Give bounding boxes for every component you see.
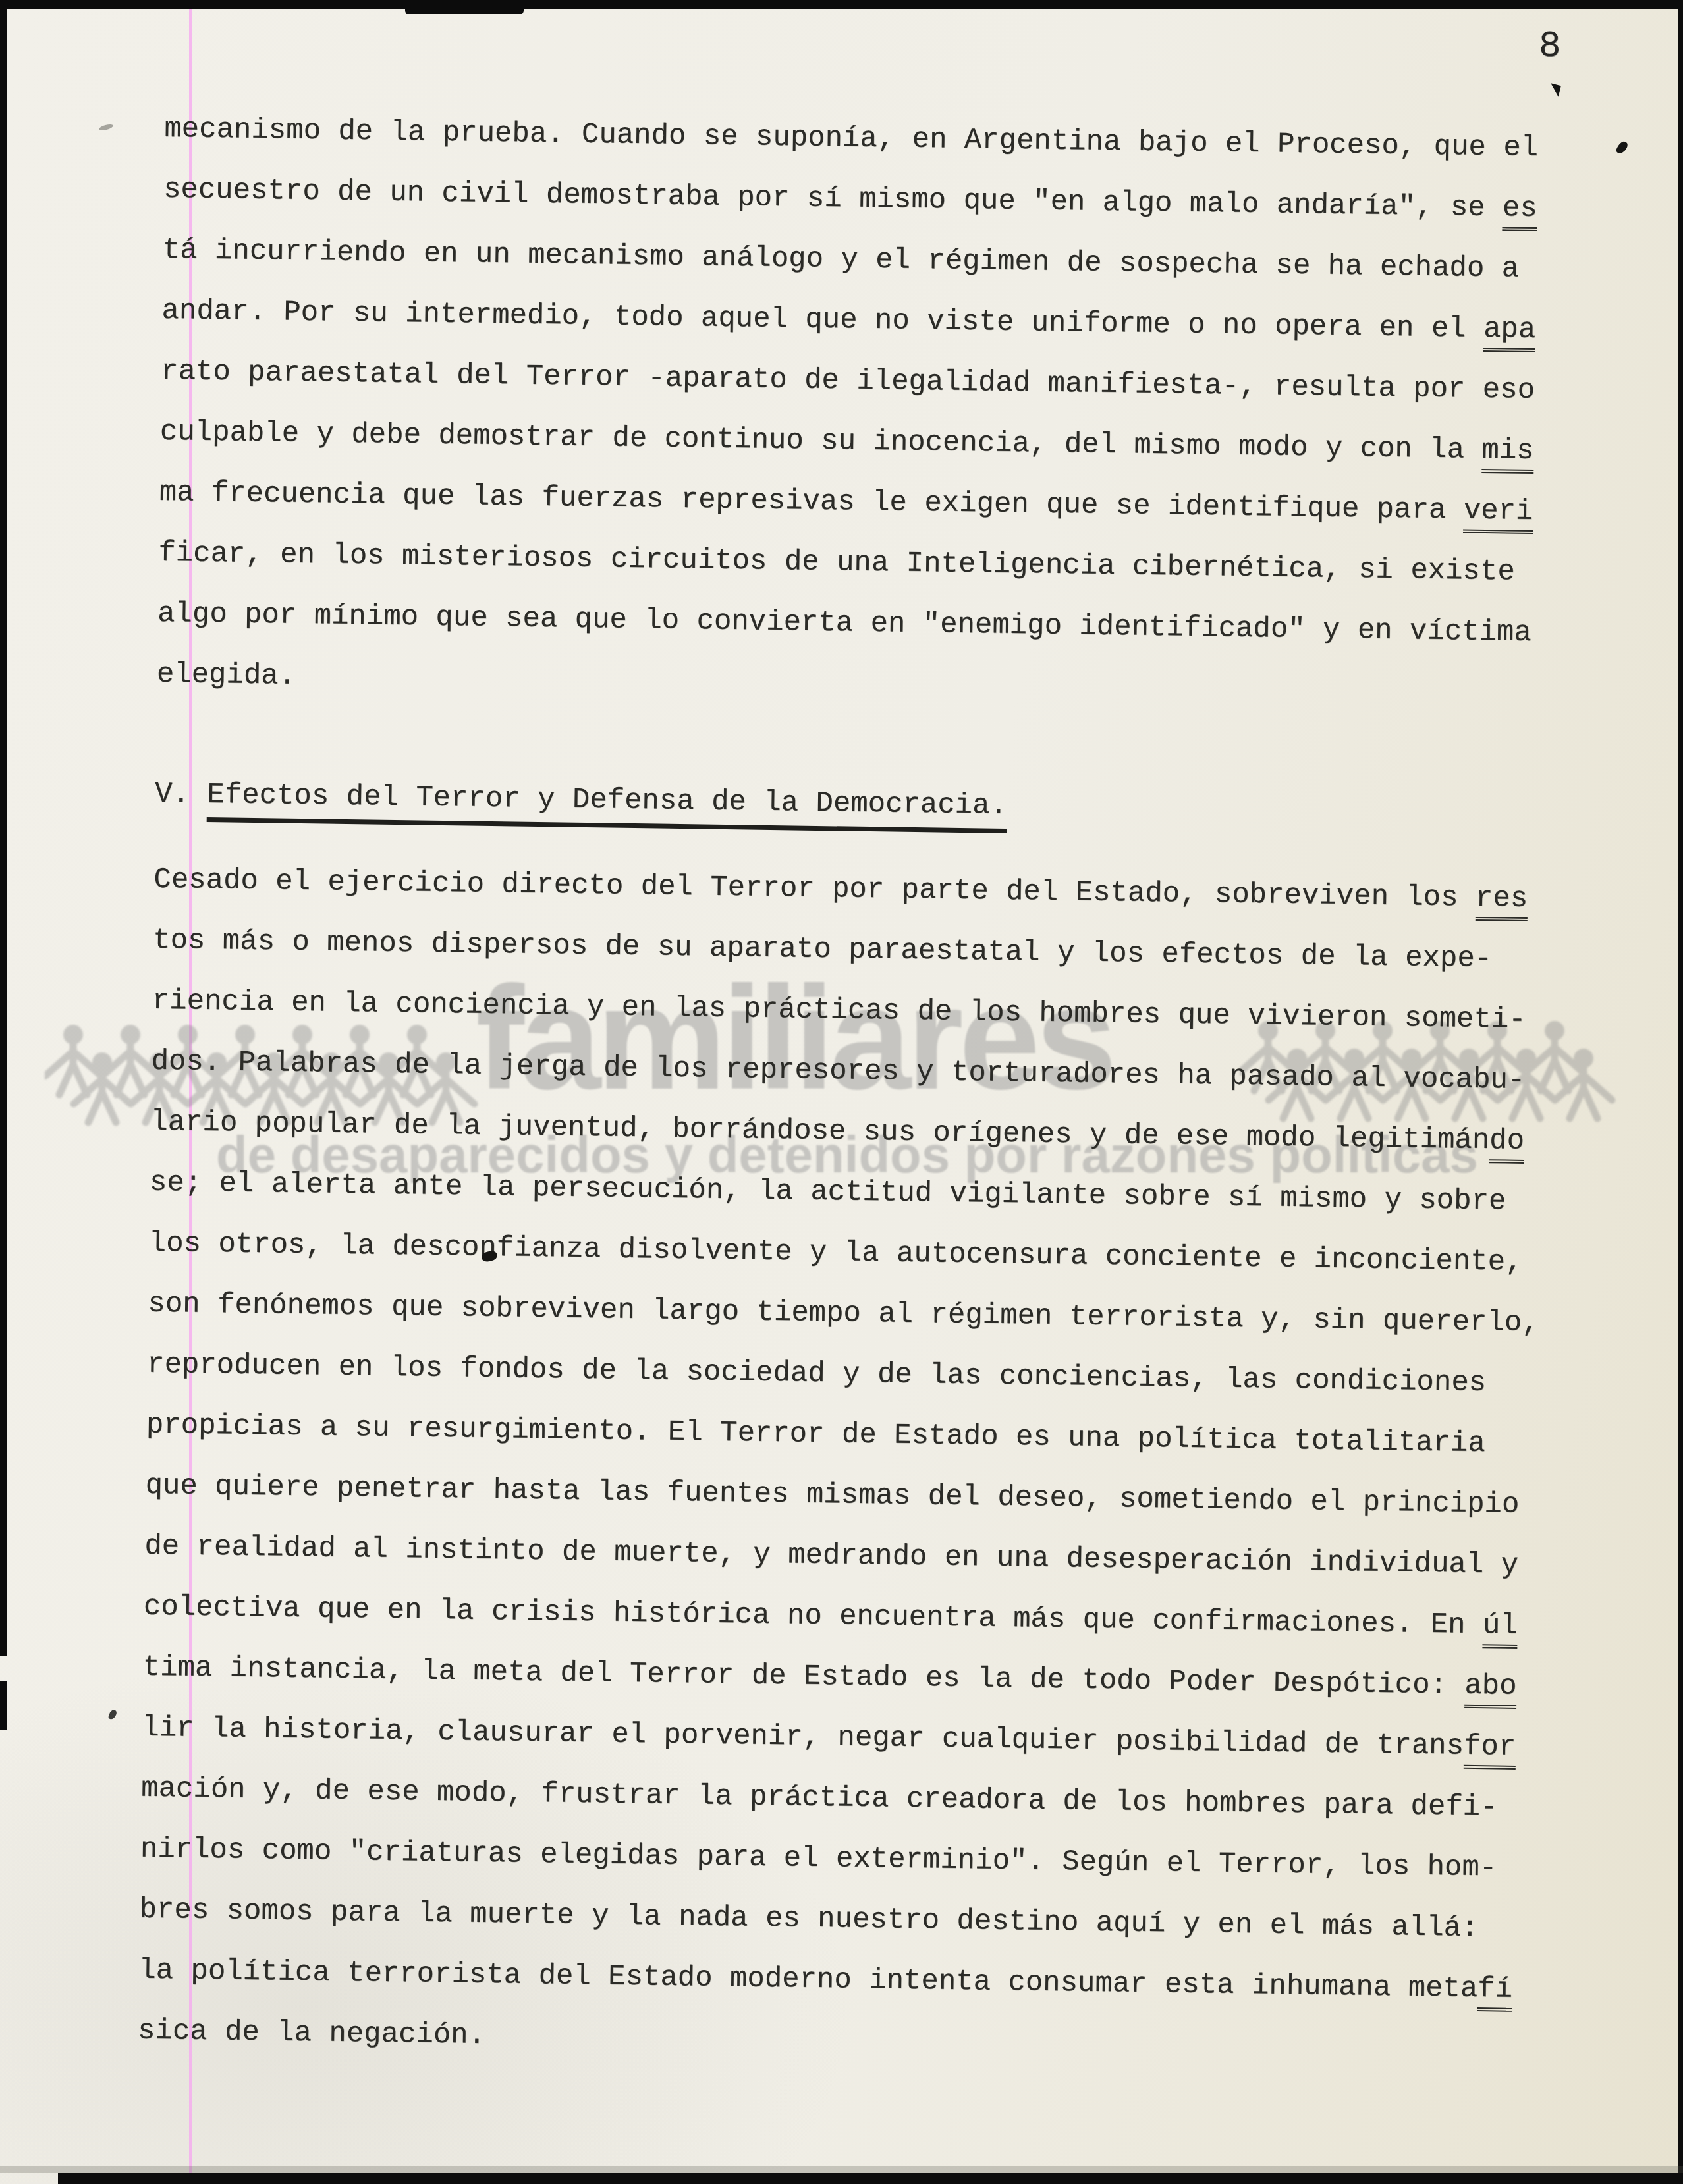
line-text: mación y, de ese modo, frustrar la práct… (141, 1772, 1498, 1824)
ink-speck (108, 1709, 118, 1721)
line-text: algo por mínimo que sea que lo convierta… (157, 597, 1531, 649)
section-title: Efectos del Terror y Defensa de la Democ… (207, 778, 1007, 833)
hyphenation-tail: úl (1482, 1609, 1518, 1649)
paragraph-1: mecanismo de la prueba. Cuando se suponí… (156, 99, 1574, 724)
hyphenation-tail: res (1476, 882, 1528, 921)
line-text: dos. Palabras de la jerga de los represo… (151, 1045, 1525, 1097)
line-text: nirlos como "criaturas elegidas para el … (140, 1833, 1497, 1885)
hyphenation-tail: es (1503, 192, 1538, 231)
person-figure-icon (102, 1025, 159, 1095)
typewritten-text-block: mecanismo de la prueba. Cuando se suponí… (137, 99, 1574, 2081)
line-text: bres somos para la muerte y la nada es n… (139, 1894, 1479, 1945)
person-figure-icon (45, 1025, 101, 1095)
line-text: elegida. (156, 658, 296, 693)
paragraph-2: Cesado el ejercicio directo del Terror p… (137, 850, 1563, 2081)
line-text: tos más o menos dispersos de su aparato … (153, 924, 1493, 975)
line-text: secuestro de un civil demostraba por sí … (163, 173, 1503, 225)
line-text: colectiva que en la crisis histórica no … (144, 1591, 1483, 1642)
line-text: tá incurriendo en un mecanismo análogo y… (162, 234, 1519, 286)
line-text: lir la historia, clausurar el porvenir, … (142, 1712, 1464, 1763)
hyphenation-tail: fí (1477, 1973, 1513, 2012)
line-text: riencia en la conciencia y en las prácti… (152, 985, 1526, 1037)
person-figure-icon (74, 1052, 130, 1122)
line-text: son fenónemos que sobreviven largo tiemp… (148, 1288, 1539, 1340)
line-text: que quiere penetrar hasta las fuentes mi… (145, 1469, 1519, 1521)
line-text: propicias a su resurgimiento. El Terror … (146, 1409, 1486, 1460)
scan-edge-right (1678, 0, 1683, 2184)
line-text: ficar, en los misteriosos circuitos de u… (158, 537, 1515, 589)
line-text: culpable y debe demostrar de continuo su… (160, 416, 1482, 467)
scan-edge-left-blob (0, 1681, 7, 1730)
hyphenation-tail: mis (1481, 434, 1534, 474)
scan-edge-bottom (58, 2173, 1683, 2184)
section-numeral: V. (155, 778, 207, 811)
scan-edge-top-bump (405, 0, 524, 14)
scan-edge-left (0, 0, 7, 1656)
line-text: andar. Por su intermedio, todo aquel que… (161, 294, 1483, 346)
line-text: sica de la negación. (138, 2015, 486, 2052)
line-text: lario popular de la juventud, borrándose… (150, 1106, 1490, 1157)
line-text: la política terrorista del Estado modern… (138, 1954, 1478, 2006)
hyphenation-tail: do (1489, 1124, 1525, 1164)
ink-speck (1548, 83, 1561, 96)
line-text: de realidad al instinto de muerte, y med… (144, 1530, 1518, 1582)
hyphenation-tail: abo (1464, 1670, 1517, 1709)
hyphenation-tail: apa (1483, 313, 1536, 352)
scanned-document-page: familiares de desaparecidos y detenidos … (0, 0, 1683, 2184)
scan-edge-top (0, 0, 1683, 9)
line-text: mecanismo de la prueba. Cuando se suponí… (164, 113, 1538, 165)
line-text: tima instancia, la meta del Terror de Es… (142, 1651, 1464, 1703)
person-figure-icon (1555, 1049, 1612, 1118)
scan-edge-bottom-shadow (0, 2166, 1683, 2173)
hyphenation-tail: for (1464, 1730, 1516, 1770)
page-number: 8 (1539, 25, 1561, 67)
hyphenation-tail: veri (1463, 495, 1533, 534)
line-text: los otros, la desconfianza disolvente y … (148, 1227, 1522, 1279)
line-text: rato paraestatal del Terror -aparato de … (161, 355, 1535, 407)
ink-speck (1615, 140, 1629, 155)
line-text: reproducen en los fondos de la sociedad … (147, 1348, 1487, 1400)
line-text: Cesado el ejercicio directo del Terror p… (153, 863, 1476, 915)
line-text: ma frecuencia que las fuerzas represivas… (159, 476, 1464, 528)
line-text: se; el alerta ante la persecución, la ac… (150, 1166, 1506, 1218)
ink-speck (98, 123, 113, 131)
